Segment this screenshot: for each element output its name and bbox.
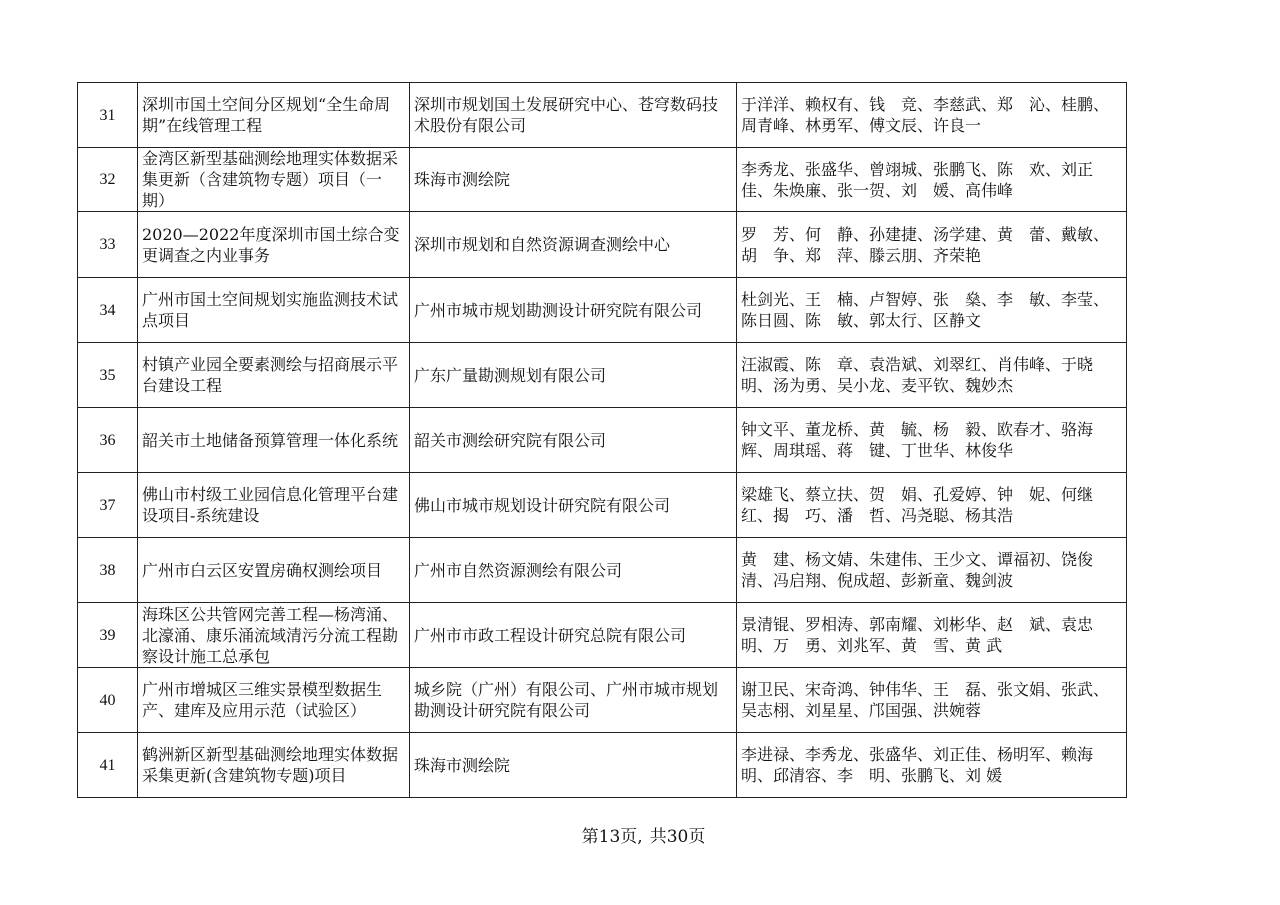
table-row: 38广州市白云区安置房确权测绘项目广州市自然资源测绘有限公司黄 建、杨文婧、朱建…	[78, 538, 1127, 603]
page-footer: 第13页,共30页	[0, 822, 1280, 847]
table-row: 41鹤洲新区新型基础测绘地理实体数据采集更新(含建筑物专题)项目珠海市测绘院李进…	[78, 733, 1127, 798]
team-members-cell: 罗 芳、何 静、孙建捷、汤学建、黄 蕾、戴敏、胡 争、郑 萍、滕云朋、齐荣艳	[737, 212, 1127, 278]
row-number-cell: 33	[78, 212, 138, 278]
organization-cell: 韶关市测绘研究院有限公司	[410, 408, 737, 473]
organization-cell: 深圳市规划国土发展研究中心、苍穹数码技术股份有限公司	[410, 83, 737, 148]
team-members-cell: 李秀龙、张盛华、曾翊城、张鹏飞、陈 欢、刘正佳、朱焕廉、张一贺、刘 媛、高伟峰	[737, 148, 1127, 212]
team-members-cell: 梁雄飞、蔡立扶、贺 娟、孔爱婷、钟 妮、何继红、揭 巧、潘 哲、冯尧聪、杨其浩	[737, 473, 1127, 538]
organization-cell: 城乡院（广州）有限公司、广州市城市规划勘测设计研究院有限公司	[410, 668, 737, 733]
row-number-cell: 37	[78, 473, 138, 538]
table-row: 35村镇产业园全要素测绘与招商展示平台建设工程广东广量勘测规划有限公司汪淑霞、陈…	[78, 343, 1127, 408]
organization-cell: 广州市城市规划勘测设计研究院有限公司	[410, 278, 737, 343]
row-number-cell: 32	[78, 148, 138, 212]
table-row: 36韶关市土地储备预算管理一体化系统韶关市测绘研究院有限公司钟文平、董龙桥、黄 …	[78, 408, 1127, 473]
page-number: 第13页,	[582, 827, 643, 847]
team-members-cell: 钟文平、董龙桥、黄 毓、杨 毅、欧春才、骆海辉、周琪瑶、蒋 键、丁世华、林俊华	[737, 408, 1127, 473]
table-row: 332020—2022年度深圳市国土综合变更调查之内业事务深圳市规划和自然资源调…	[78, 212, 1127, 278]
row-number-cell: 34	[78, 278, 138, 343]
organization-cell: 珠海市测绘院	[410, 733, 737, 798]
row-number-cell: 38	[78, 538, 138, 603]
table-row: 32金湾区新型基础测绘地理实体数据采集更新（含建筑物专题）项目（一期）珠海市测绘…	[78, 148, 1127, 212]
row-number-cell: 41	[78, 733, 138, 798]
table-row: 37佛山市村级工业园信息化管理平台建设项目-系统建设佛山市城市规划设计研究院有限…	[78, 473, 1127, 538]
row-number-cell: 36	[78, 408, 138, 473]
project-name-cell: 深圳市国土空间分区规划“全生命周期”在线管理工程	[138, 83, 410, 148]
table-row: 31深圳市国土空间分区规划“全生命周期”在线管理工程深圳市规划国土发展研究中心、…	[78, 83, 1127, 148]
team-members-cell: 谢卫民、宋奇鸿、钟伟华、王 磊、张文娟、张武、吴志栩、刘星星、邝国强、洪婉蓉	[737, 668, 1127, 733]
row-number-cell: 39	[78, 603, 138, 668]
table-row: 34广州市国土空间规划实施监测技术试点项目广州市城市规划勘测设计研究院有限公司杜…	[78, 278, 1127, 343]
award-list-table: 31深圳市国土空间分区规划“全生命周期”在线管理工程深圳市规划国土发展研究中心、…	[77, 82, 1127, 798]
table-row: 39海珠区公共管网完善工程—杨湾涌、北濠涌、康乐涌流域清污分流工程勘察设计施工总…	[78, 603, 1127, 668]
project-name-cell: 村镇产业园全要素测绘与招商展示平台建设工程	[138, 343, 410, 408]
project-name-cell: 广州市国土空间规划实施监测技术试点项目	[138, 278, 410, 343]
organization-cell: 广东广量勘测规划有限公司	[410, 343, 737, 408]
project-name-cell: 2020—2022年度深圳市国土综合变更调查之内业事务	[138, 212, 410, 278]
row-number-cell: 40	[78, 668, 138, 733]
team-members-cell: 黄 建、杨文婧、朱建伟、王少文、谭福初、饶俊清、冯启翔、倪成超、彭新童、魏剑波	[737, 538, 1127, 603]
organization-cell: 佛山市城市规划设计研究院有限公司	[410, 473, 737, 538]
organization-cell: 珠海市测绘院	[410, 148, 737, 212]
project-name-cell: 广州市增城区三维实景模型数据生产、建库及应用示范（试验区）	[138, 668, 410, 733]
table-body: 31深圳市国土空间分区规划“全生命周期”在线管理工程深圳市规划国土发展研究中心、…	[78, 83, 1127, 798]
project-name-cell: 鹤洲新区新型基础测绘地理实体数据采集更新(含建筑物专题)项目	[138, 733, 410, 798]
project-name-cell: 佛山市村级工业园信息化管理平台建设项目-系统建设	[138, 473, 410, 538]
organization-cell: 广州市自然资源测绘有限公司	[410, 538, 737, 603]
team-members-cell: 李进禄、李秀龙、张盛华、刘正佳、杨明军、赖海明、邱清容、李 明、张鹏飞、刘 媛	[737, 733, 1127, 798]
organization-cell: 广州市市政工程设计研究总院有限公司	[410, 603, 737, 668]
project-name-cell: 韶关市土地储备预算管理一体化系统	[138, 408, 410, 473]
page-total: 共30页	[650, 827, 706, 847]
row-number-cell: 35	[78, 343, 138, 408]
team-members-cell: 杜剑光、王 楠、卢智婷、张 燊、李 敏、李莹、陈日圆、陈 敏、郭太行、区静文	[737, 278, 1127, 343]
project-name-cell: 金湾区新型基础测绘地理实体数据采集更新（含建筑物专题）项目（一期）	[138, 148, 410, 212]
table-row: 40广州市增城区三维实景模型数据生产、建库及应用示范（试验区）城乡院（广州）有限…	[78, 668, 1127, 733]
team-members-cell: 于洋洋、赖权有、钱 竞、李慈武、郑 沁、桂鹏、周青峰、林勇军、傅文辰、许良一	[737, 83, 1127, 148]
team-members-cell: 景清锟、罗相涛、郭南耀、刘彬华、赵 斌、袁忠明、万 勇、刘兆军、黄 雪、黄 武	[737, 603, 1127, 668]
project-name-cell: 海珠区公共管网完善工程—杨湾涌、北濠涌、康乐涌流域清污分流工程勘察设计施工总承包	[138, 603, 410, 668]
team-members-cell: 汪淑霞、陈 章、袁浩斌、刘翠红、肖伟峰、于晓明、汤为勇、吴小龙、麦平钦、魏妙杰	[737, 343, 1127, 408]
organization-cell: 深圳市规划和自然资源调查测绘中心	[410, 212, 737, 278]
row-number-cell: 31	[78, 83, 138, 148]
project-name-cell: 广州市白云区安置房确权测绘项目	[138, 538, 410, 603]
